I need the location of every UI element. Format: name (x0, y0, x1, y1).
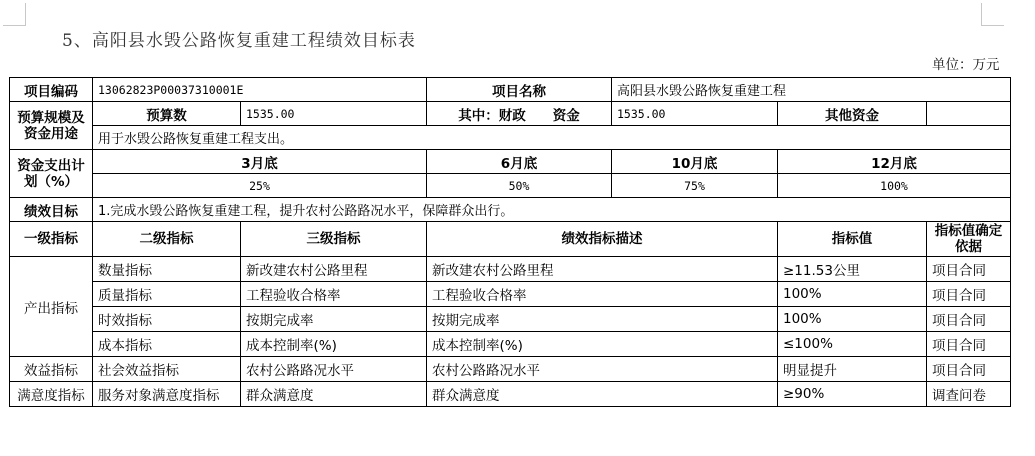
page-corner-mark-left (3, 3, 26, 26)
project-info-row: 项目编码 13062823P00037310001E 项目名称 高阳县水毁公路恢… (10, 78, 1011, 102)
basis: 调查问卷 (927, 382, 1011, 407)
level2: 数量指标 (93, 257, 241, 282)
period-value: 25% (93, 174, 427, 198)
goal-label: 绩效目标 (10, 198, 93, 222)
period-label: 10月底 (612, 150, 778, 174)
table-row: 时效指标 按期完成率 按期完成率 100% 项目合同 (10, 307, 1011, 332)
level1-satisfaction: 满意度指标 (10, 382, 93, 407)
indicator-value: ≥90% (778, 382, 927, 407)
header-level2: 二级指标 (93, 222, 241, 257)
table-row: 成本指标 成本控制率(%) 成本控制率(%) ≤100% 项目合同 (10, 332, 1011, 357)
period-value: 50% (427, 174, 612, 198)
basis: 项目合同 (927, 332, 1011, 357)
indicator-value: 100% (778, 307, 927, 332)
level1-output: 产出指标 (10, 257, 93, 357)
spending-plan-label: 资金支出计划（%） (10, 150, 93, 198)
level3: 成本控制率(%) (241, 332, 427, 357)
period-label: 3月底 (93, 150, 427, 174)
header-description: 绩效指标描述 (427, 222, 778, 257)
level1-benefit: 效益指标 (10, 357, 93, 382)
level3: 农村公路路况水平 (241, 357, 427, 382)
goal-row: 绩效目标 1.完成水毁公路恢复重建工程，提升农村公路路况水平，保障群众出行。 (10, 198, 1011, 222)
project-name-label: 项目名称 (427, 78, 612, 102)
level2: 时效指标 (93, 307, 241, 332)
basis: 项目合同 (927, 282, 1011, 307)
project-code: 13062823P00037310001E (93, 78, 427, 102)
document-title: 5、高阳县水毁公路恢复重建工程绩效目标表 (62, 26, 416, 51)
description: 农村公路路况水平 (427, 357, 778, 382)
basis: 项目合同 (927, 357, 1011, 382)
budget-usage: 用于水毁公路恢复重建工程支出。 (93, 126, 1011, 150)
indicator-value: 明显提升 (778, 357, 927, 382)
budget-amount-label: 预算数 (93, 102, 241, 126)
indicator-value: ≤100% (778, 332, 927, 357)
basis: 项目合同 (927, 257, 1011, 282)
table-row: 满意度指标 服务对象满意度指标 群众满意度 群众满意度 ≥90% 调查问卷 (10, 382, 1011, 407)
spending-plan-header-row: 资金支出计划（%） 3月底 6月底 10月底 12月底 (10, 150, 1011, 174)
budget-amount: 1535.00 (241, 102, 427, 126)
level2: 质量指标 (93, 282, 241, 307)
other-funds (927, 102, 1011, 126)
level3: 新改建农村公路里程 (241, 257, 427, 282)
table-row: 产出指标 数量指标 新改建农村公路里程 新改建农村公路里程 ≥11.53公里 项… (10, 257, 1011, 282)
goal-text: 1.完成水毁公路恢复重建工程，提升农村公路路况水平，保障群众出行。 (93, 198, 1011, 222)
period-label: 6月底 (427, 150, 612, 174)
level3: 群众满意度 (241, 382, 427, 407)
budget-row: 预算规模及资金用途 预算数 1535.00 其中：财政 资金 1535.00 其… (10, 102, 1011, 126)
fiscal-funds: 1535.00 (612, 102, 778, 126)
budget-section-label: 预算规模及资金用途 (10, 102, 93, 150)
period-label: 12月底 (778, 150, 1011, 174)
indicator-header-row: 一级指标 二级指标 三级指标 绩效指标描述 指标值 指标值确定依据 (10, 222, 1011, 257)
page-corner-mark-right (981, 3, 1004, 26)
usage-row: 用于水毁公路恢复重建工程支出。 (10, 126, 1011, 150)
level2: 社会效益指标 (93, 357, 241, 382)
level2: 服务对象满意度指标 (93, 382, 241, 407)
description: 群众满意度 (427, 382, 778, 407)
indicator-value: ≥11.53公里 (778, 257, 927, 282)
basis: 项目合同 (927, 307, 1011, 332)
description: 工程验收合格率 (427, 282, 778, 307)
fiscal-funds-label: 其中：财政 资金 (427, 102, 612, 126)
project-name: 高阳县水毁公路恢复重建工程 (612, 78, 1011, 102)
unit-label: 单位：万元 (932, 53, 1000, 73)
period-value: 75% (612, 174, 778, 198)
level2: 成本指标 (93, 332, 241, 357)
header-level3: 三级指标 (241, 222, 427, 257)
header-value: 指标值 (778, 222, 927, 257)
other-funds-label: 其他资金 (778, 102, 927, 126)
period-value: 100% (778, 174, 1011, 198)
project-code-label: 项目编码 (10, 78, 93, 102)
header-level1: 一级指标 (10, 222, 93, 257)
description: 按期完成率 (427, 307, 778, 332)
description: 新改建农村公路里程 (427, 257, 778, 282)
header-basis: 指标值确定依据 (927, 222, 1011, 257)
performance-target-table: 项目编码 13062823P00037310001E 项目名称 高阳县水毁公路恢… (9, 77, 1011, 407)
description: 成本控制率(%) (427, 332, 778, 357)
level3: 工程验收合格率 (241, 282, 427, 307)
table-row: 质量指标 工程验收合格率 工程验收合格率 100% 项目合同 (10, 282, 1011, 307)
level3: 按期完成率 (241, 307, 427, 332)
table-row: 效益指标 社会效益指标 农村公路路况水平 农村公路路况水平 明显提升 项目合同 (10, 357, 1011, 382)
indicator-value: 100% (778, 282, 927, 307)
spending-plan-value-row: 25% 50% 75% 100% (10, 174, 1011, 198)
